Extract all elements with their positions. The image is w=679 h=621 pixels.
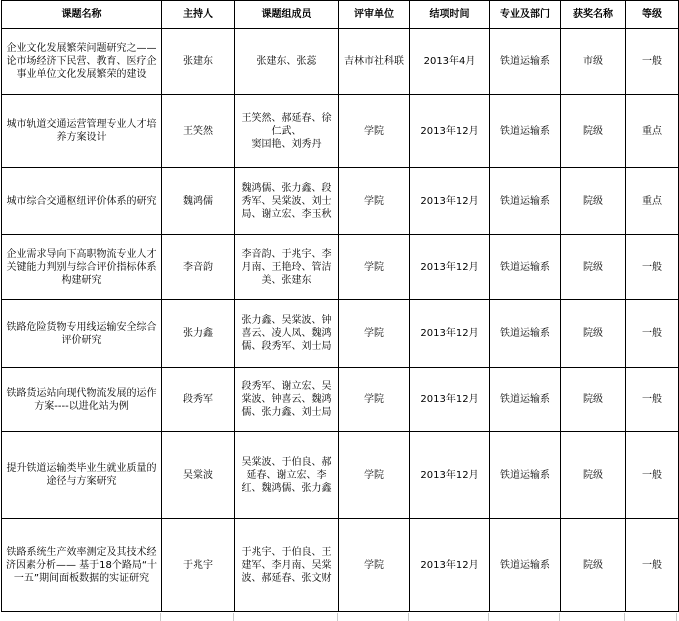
cell-review-unit[interactable]: 学院 (339, 95, 410, 168)
gridline-cell (409, 613, 489, 621)
header-host: 主持人 (162, 1, 235, 29)
cell-members[interactable]: 张力鑫、吴棠波、钟喜云、凌人凤、魏鸿儒、段秀军、刘士局 (235, 300, 339, 368)
cell-award-name[interactable]: 院级 (561, 432, 626, 519)
cell-host[interactable]: 张建东 (162, 29, 235, 95)
cell-level[interactable]: 一般 (626, 29, 679, 95)
cell-project-name[interactable]: 铁路货运站向现代物流发展的运作方案----以进化站为例 (2, 368, 162, 432)
cell-end-date[interactable]: 2013年12月 (410, 519, 490, 612)
cell-host[interactable]: 李音韵 (162, 235, 235, 300)
cell-host[interactable]: 王笑然 (162, 95, 235, 168)
cell-project-name[interactable]: 铁路系统生产效率测定及其技术经济因素分析—— 基于18个路局“十一五”期间面板数… (2, 519, 162, 612)
header-end-date: 结项时间 (410, 1, 490, 29)
cell-award-name[interactable]: 市级 (561, 29, 626, 95)
cell-end-date[interactable]: 2013年12月 (410, 235, 490, 300)
header-award-name: 获奖名称 (561, 1, 626, 29)
table-row: 铁路系统生产效率测定及其技术经济因素分析—— 基于18个路局“十一五”期间面板数… (2, 519, 679, 612)
cell-level[interactable]: 一般 (626, 235, 679, 300)
table-row: 企业需求导向下高职物流专业人才关键能力判别与综合评价指标体系构建研究 李音韵 李… (2, 235, 679, 300)
gridline-cell (234, 613, 338, 621)
cell-department[interactable]: 铁道运输系 (490, 95, 561, 168)
cell-department[interactable]: 铁道运输系 (490, 300, 561, 368)
cell-award-name[interactable]: 院级 (561, 368, 626, 432)
gridline-cell (1, 613, 161, 621)
cell-department[interactable]: 铁道运输系 (490, 432, 561, 519)
header-members: 课题组成员 (235, 1, 339, 29)
table-row: 铁路货运站向现代物流发展的运作方案----以进化站为例 段秀军 段秀军、谢立宏、… (2, 368, 679, 432)
spreadsheet-area: 课题名称 主持人 课题组成员 评审单位 结项时间 专业及部门 获奖名称 等级 企… (0, 0, 679, 621)
cell-department[interactable]: 铁道运输系 (490, 368, 561, 432)
cell-project-name[interactable]: 提升铁道运输类毕业生就业质量的途径与方案研究 (2, 432, 162, 519)
gridline-cell (625, 613, 677, 621)
header-department: 专业及部门 (490, 1, 561, 29)
cell-host[interactable]: 段秀军 (162, 368, 235, 432)
cell-award-name[interactable]: 院级 (561, 300, 626, 368)
gridline-cell (338, 613, 409, 621)
cell-members[interactable]: 张建东、张蕊 (235, 29, 339, 95)
cell-project-name[interactable]: 城市轨道交通运营管理专业人才培养方案设计 (2, 95, 162, 168)
spreadsheet-gridlines (1, 613, 678, 621)
cell-award-name[interactable]: 院级 (561, 168, 626, 235)
cell-members[interactable]: 魏鸿儒、张力鑫、段秀军、吴棠波、刘士局、谢立宏、李玉秋 (235, 168, 339, 235)
gridline-cell (489, 613, 560, 621)
cell-host[interactable]: 吴棠波 (162, 432, 235, 519)
header-review-unit: 评审单位 (339, 1, 410, 29)
cell-review-unit[interactable]: 学院 (339, 368, 410, 432)
cell-end-date[interactable]: 2013年12月 (410, 168, 490, 235)
cell-end-date[interactable]: 2013年12月 (410, 300, 490, 368)
header-level: 等级 (626, 1, 679, 29)
table-row: 城市轨道交通运营管理专业人才培养方案设计 王笑然 王笑然、郝延春、徐仁武、 窦囯… (2, 95, 679, 168)
cell-project-name[interactable]: 城市综合交通枢纽评价体系的研究 (2, 168, 162, 235)
cell-department[interactable]: 铁道运输系 (490, 235, 561, 300)
cell-department[interactable]: 铁道运输系 (490, 29, 561, 95)
cell-project-name[interactable]: 企业需求导向下高职物流专业人才关键能力判别与综合评价指标体系构建研究 (2, 235, 162, 300)
table-row: 提升铁道运输类毕业生就业质量的途径与方案研究 吴棠波 吴棠波、于伯良、郝延春、谢… (2, 432, 679, 519)
cell-level[interactable]: 一般 (626, 368, 679, 432)
cell-end-date[interactable]: 2013年12月 (410, 368, 490, 432)
gridline-cell (560, 613, 625, 621)
cell-end-date[interactable]: 2013年12月 (410, 432, 490, 519)
cell-level[interactable]: 一般 (626, 300, 679, 368)
cell-level[interactable]: 一般 (626, 519, 679, 612)
cell-project-name[interactable]: 企业文化发展繁荣问题研究之——论市场经济下民营、教育、医疗企事业单位文化发展繁荣… (2, 29, 162, 95)
cell-department[interactable]: 铁道运输系 (490, 519, 561, 612)
cell-project-name[interactable]: 铁路危险货物专用线运输安全综合评价研究 (2, 300, 162, 368)
cell-review-unit[interactable]: 学院 (339, 300, 410, 368)
table-row: 企业文化发展繁荣问题研究之——论市场经济下民营、教育、医疗企事业单位文化发展繁荣… (2, 29, 679, 95)
table-row: 铁路危险货物专用线运输安全综合评价研究 张力鑫 张力鑫、吴棠波、钟喜云、凌人凤、… (2, 300, 679, 368)
cell-host[interactable]: 张力鑫 (162, 300, 235, 368)
research-projects-table: 课题名称 主持人 课题组成员 评审单位 结项时间 专业及部门 获奖名称 等级 企… (1, 0, 679, 612)
cell-review-unit[interactable]: 学院 (339, 519, 410, 612)
cell-members[interactable]: 吴棠波、于伯良、郝延春、谢立宏、李红、魏鸿儒、张力鑫 (235, 432, 339, 519)
cell-level[interactable]: 重点 (626, 95, 679, 168)
cell-end-date[interactable]: 2013年12月 (410, 95, 490, 168)
gridline-cell (161, 613, 234, 621)
cell-review-unit[interactable]: 学院 (339, 235, 410, 300)
cell-host[interactable]: 魏鸿儒 (162, 168, 235, 235)
header-project-name: 课题名称 (2, 1, 162, 29)
cell-award-name[interactable]: 院级 (561, 519, 626, 612)
cell-award-name[interactable]: 院级 (561, 95, 626, 168)
cell-level[interactable]: 重点 (626, 168, 679, 235)
cell-members[interactable]: 于兆宇、于伯良、王建军、李月南、吴棠波、郝延春、张文财 (235, 519, 339, 612)
cell-level[interactable]: 一般 (626, 432, 679, 519)
table-row: 城市综合交通枢纽评价体系的研究 魏鸿儒 魏鸿儒、张力鑫、段秀军、吴棠波、刘士局、… (2, 168, 679, 235)
cell-members[interactable]: 王笑然、郝延春、徐仁武、 窦囯艳、刘秀丹 (235, 95, 339, 168)
cell-end-date[interactable]: 2013年4月 (410, 29, 490, 95)
cell-review-unit[interactable]: 学院 (339, 432, 410, 519)
cell-department[interactable]: 铁道运输系 (490, 168, 561, 235)
cell-review-unit[interactable]: 学院 (339, 168, 410, 235)
header-row: 课题名称 主持人 课题组成员 评审单位 结项时间 专业及部门 获奖名称 等级 (2, 1, 679, 29)
cell-review-unit[interactable]: 吉林市社科联 (339, 29, 410, 95)
cell-members[interactable]: 李音韵、于兆宇、李月南、王艳玲、管洁美、张建东 (235, 235, 339, 300)
cell-award-name[interactable]: 院级 (561, 235, 626, 300)
cell-members[interactable]: 段秀军、谢立宏、吴棠波、钟喜云、魏鸿儒、张力鑫、刘士局 (235, 368, 339, 432)
cell-host[interactable]: 于兆宇 (162, 519, 235, 612)
